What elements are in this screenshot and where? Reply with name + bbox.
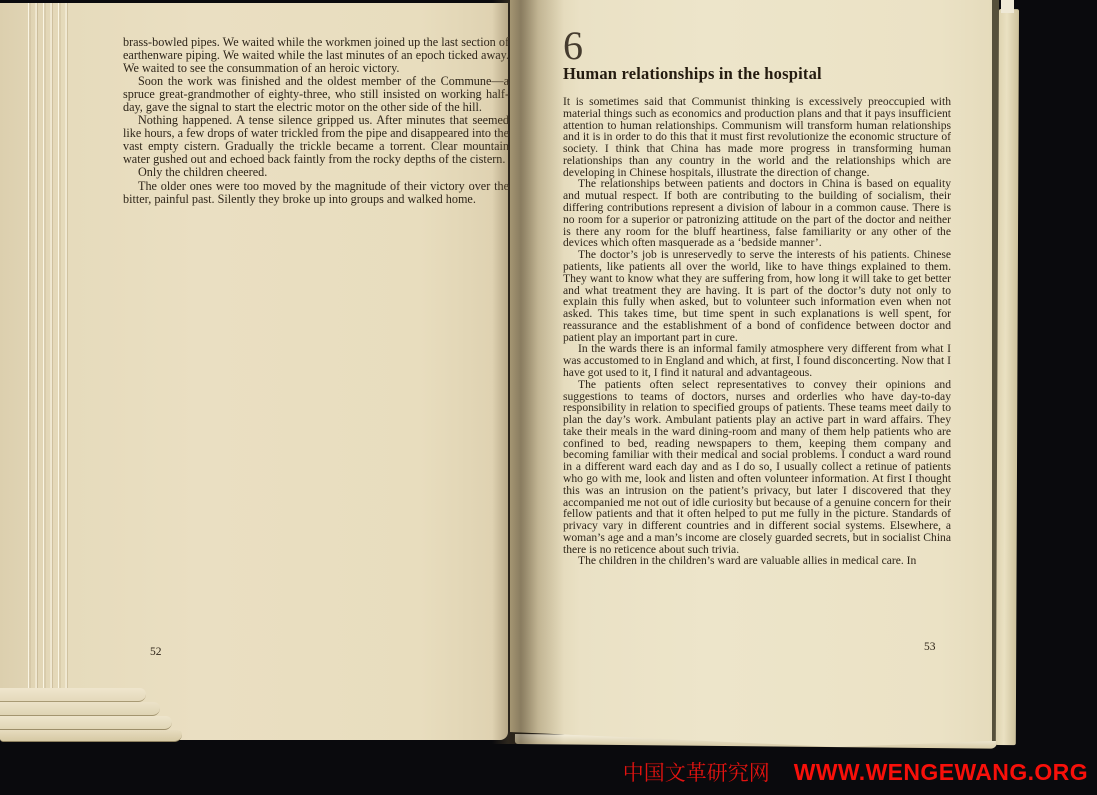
watermark: 中国文革研究网 WWW.WENGEWANG.ORG — [623, 757, 1088, 787]
left-page: brass-bowled pipes. We waited while the … — [0, 3, 508, 740]
chapter-number: 6 — [563, 22, 583, 69]
page-edge-layer — [0, 702, 160, 716]
right-page: 6 Human relationships in the hospital It… — [510, 0, 992, 747]
paragraph: The children in the children’s ward are … — [563, 555, 951, 567]
chapter-title: Human relationships in the hospital — [563, 64, 822, 84]
paragraph: In the wards there is an informal family… — [563, 343, 951, 378]
page-edge-layer — [0, 716, 172, 730]
paragraph: Only the children cheered. — [123, 166, 509, 179]
paragraph: The patients often select representative… — [563, 379, 951, 556]
right-page-text-column: It is sometimes said that Communist thin… — [563, 96, 951, 567]
book-scan: brass-bowled pipes. We waited while the … — [0, 0, 1097, 795]
page-number-right: 53 — [924, 641, 936, 653]
page-edges-left — [26, 3, 70, 733]
paragraph: brass-bowled pipes. We waited while the … — [123, 36, 509, 75]
page-edge-layer — [0, 688, 146, 702]
paragraph: The doctor’s job is unreservedly to serv… — [563, 249, 951, 343]
paragraph: The older ones were too moved by the mag… — [123, 180, 509, 206]
paragraph: Soon the work was finished and the oldes… — [123, 75, 509, 114]
page-edge-tab — [1001, 0, 1014, 13]
page-number-left: 52 — [150, 646, 162, 658]
watermark-site-url: WWW.WENGEWANG.ORG — [794, 759, 1088, 786]
page-edge-layer — [0, 730, 182, 742]
paragraph: It is sometimes said that Communist thin… — [563, 96, 951, 178]
page-edges-right — [996, 9, 1019, 745]
left-page-text-column: brass-bowled pipes. We waited while the … — [123, 36, 509, 206]
paragraph: Nothing happened. A tense silence grippe… — [123, 114, 509, 166]
paragraph: The relationships between patients and d… — [563, 178, 951, 249]
watermark-site-name: 中国文革研究网 — [623, 757, 770, 787]
